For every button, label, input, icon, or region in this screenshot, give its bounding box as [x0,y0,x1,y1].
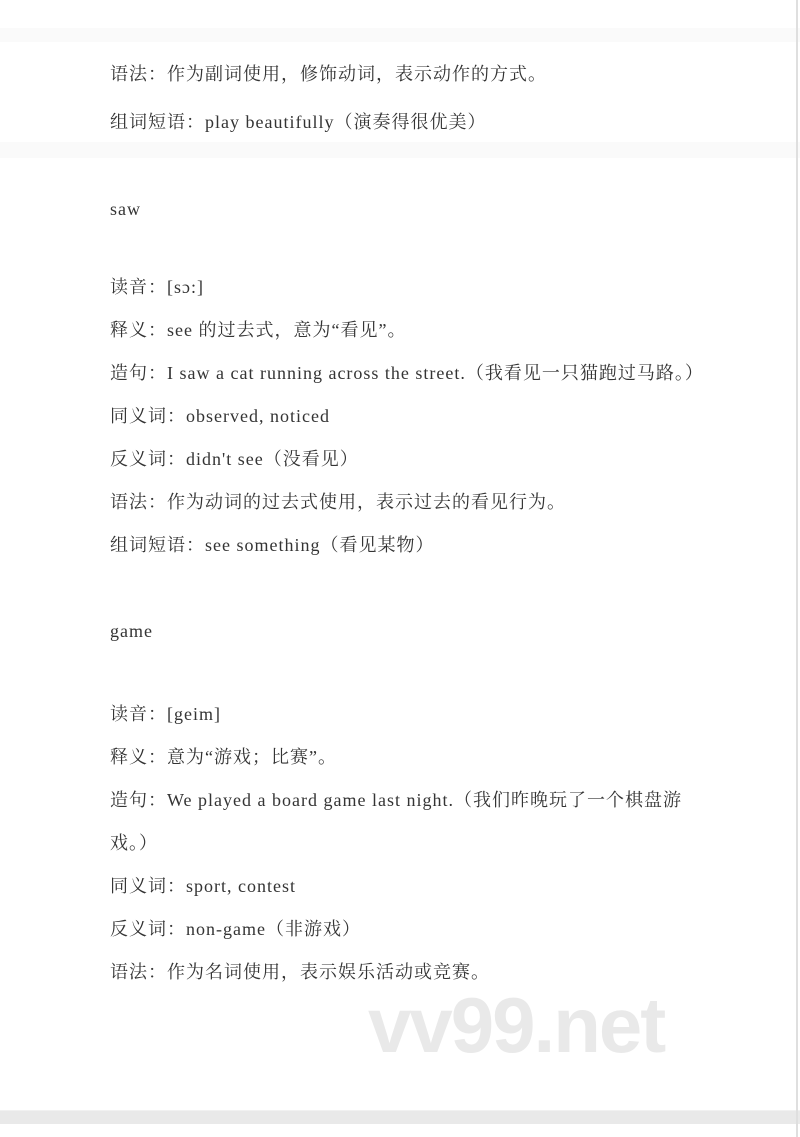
headword-saw: saw [110,188,760,231]
doc-line-phrase: 组词短语：play beautifully（演奏得很优美） [110,101,760,144]
watermark: vv99.net [368,986,664,1064]
headword-game: game [110,610,760,653]
document-page: 语法：作为副词使用，修饰动词，表示动作的方式。 组词短语：play beauti… [0,0,800,1137]
page-edge-line [796,0,798,1137]
doc-line-sentence: 造句：I saw a cat running across the street… [110,352,760,395]
doc-line-pronunciation: 读音：[geim] [110,693,760,736]
doc-line-pronunciation: 读音：[sɔ:] [110,266,760,309]
doc-line-sentence: 造句：We played a board game last night.（我们… [110,779,760,822]
page-separator [0,1110,800,1124]
doc-line-phrase: 组词短语：see something（看见某物） [110,524,760,567]
doc-line-antonyms: 反义词：didn't see（没看见） [110,438,760,481]
document-content: 语法：作为副词使用，修饰动词，表示动作的方式。 组词短语：play beauti… [110,53,760,994]
doc-line-synonyms: 同义词：observed, noticed [110,395,760,438]
doc-line-sentence-wrap: 戏。） [110,822,760,865]
doc-line-grammar: 语法：作为副词使用，修饰动词，表示动作的方式。 [110,53,760,96]
doc-line-meaning: 释义：see 的过去式，意为“看见”。 [110,309,760,352]
doc-line-meaning: 释义：意为“游戏；比赛”。 [110,736,760,779]
scan-artifact-band [0,28,800,42]
doc-line-grammar: 语法：作为动词的过去式使用，表示过去的看见行为。 [110,481,760,524]
doc-line-antonyms: 反义词：non-game（非游戏） [110,908,760,951]
doc-line-synonyms: 同义词：sport, contest [110,865,760,908]
